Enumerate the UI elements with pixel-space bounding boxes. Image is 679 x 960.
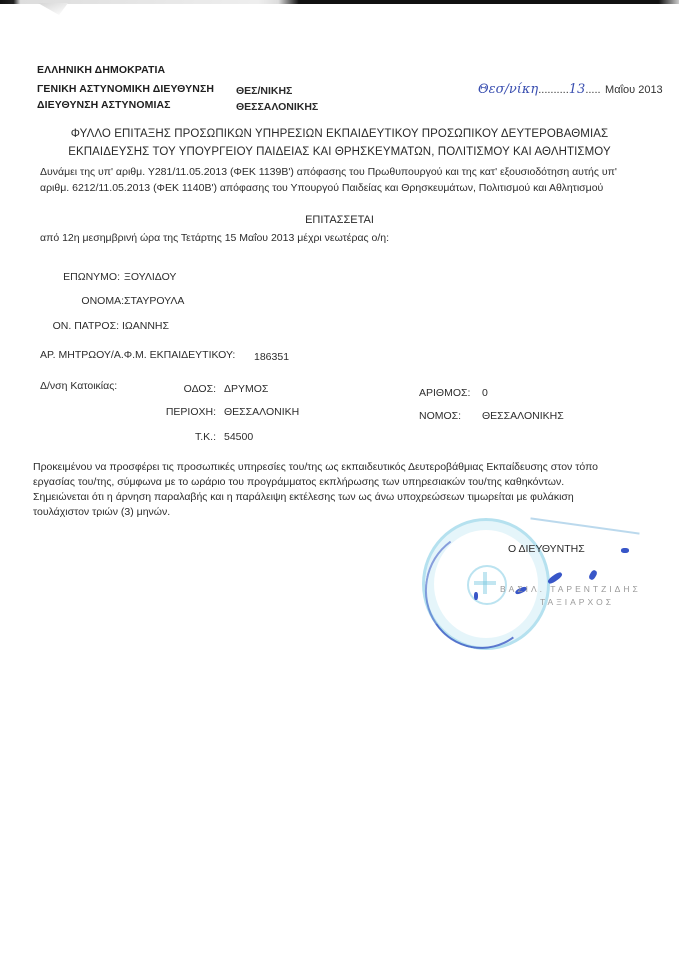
- director-title: Ο ΔΙΕΥΘΥΝΤΗΣ: [508, 543, 585, 555]
- header-police-general: ΓΕΝΙΚΗ ΑΣΤΥΝΟΜΙΚΗ ΔΙΕΥΘΥΝΣΗ: [37, 83, 214, 95]
- street-value: ΔΡΥΜΟΣ: [224, 383, 268, 395]
- father-name-label: ΟΝ. ΠΑΤΡΟΣ:: [30, 320, 119, 332]
- document-title-line1: ΦΥΛΛΟ ΕΠΙΤΑΞΗΣ ΠΡΟΣΩΠΙΚΩΝ ΥΠΗΡΕΣΙΩΝ ΕΚΠΑ…: [0, 128, 679, 140]
- date-handwritten-place: Θεσ/νίκη: [478, 82, 538, 97]
- father-name-value: ΙΩΑΝΝΗΣ: [122, 320, 169, 332]
- order-text: από 12η μεσημβρινή ώρα της Τετάρτης 15 Μ…: [40, 230, 389, 246]
- postal-code-label: Τ.Κ.:: [160, 431, 216, 443]
- signature-stroke: [474, 592, 478, 600]
- preamble-line2: αριθμ. 6212/11.05.2013 (ΦΕΚ 1140Β') απόφ…: [40, 180, 603, 196]
- street-label: ΟΔΟΣ:: [160, 383, 216, 395]
- date-handwritten-day: 13: [569, 82, 586, 97]
- date-line: Θεσ/νίκη..........13..... Μαΐου 2013: [478, 80, 663, 98]
- preamble-line1: Δυνάμει της υπ' αριθμ. Υ281/11.05.2013 (…: [40, 164, 617, 180]
- surname-label: ΕΠΩΝΥΜΟ:: [30, 271, 120, 283]
- order-heading: ΕΠΙΤΑΣΣΕΤΑΙ: [0, 214, 679, 226]
- area-label: ΠΕΡΙΟΧΗ:: [150, 406, 216, 418]
- body-line1: Προκειμένου να προσφέρει τις προσωπικές …: [33, 459, 598, 475]
- date-month-year: Μαΐου 2013: [605, 84, 663, 96]
- prefecture-label: ΝΟΜΟΣ:: [419, 410, 461, 422]
- address-section-label: Δ/νση Κατοικίας:: [40, 380, 117, 392]
- scan-fold-mark: [38, 3, 68, 15]
- signer-rank: ΤΑΞΙΑΡΧΟΣ: [540, 597, 614, 607]
- document-title-line2: ΕΚΠΑΙΔΕΥΣΗΣ ΤΟΥ ΥΠΟΥΡΓΕΙΟΥ ΠΑΙΔΕΙΑΣ ΚΑΙ …: [0, 146, 679, 158]
- header-city-full: ΘΕΣΣΑΛΟΝΙΚΗΣ: [236, 101, 318, 113]
- surname-value: ΞΟΥΛΙΔΟΥ: [124, 271, 176, 283]
- body-line3: Σημειώνεται ότι η άρνηση παραλαβής και η…: [33, 489, 574, 505]
- area-value: ΘΕΣΣΑΛΟΝΙΚΗ: [224, 406, 299, 418]
- street-number-label: ΑΡΙΘΜΟΣ:: [419, 387, 470, 399]
- signer-name: ΒΑΣΙΛ. ΤΑΡΕΝΤΖΙΔΗΣ: [500, 584, 641, 594]
- header-city-abbr: ΘΕΣ/ΝΙΚΗΣ: [236, 85, 292, 97]
- date-dots-1: ..........: [538, 84, 569, 96]
- body-line2: εργασίας του/της, σύμφωνα με το ωράριο τ…: [33, 474, 564, 490]
- header-republic: ΕΛΛΗΝΙΚΗ ΔΗΜΟΚΡΑΤΙΑ: [37, 64, 165, 76]
- header-police-directorate: ΔΙΕΥΘΥΝΣΗ ΑΣΤΥΝΟΜΙΑΣ: [37, 99, 171, 111]
- postal-code-value: 54500: [224, 431, 253, 443]
- prefecture-value: ΘΕΣΣΑΛΟΝΙΚΗΣ: [482, 410, 564, 422]
- signature-stroke: [588, 569, 598, 581]
- signature-flourish: [530, 517, 639, 534]
- date-dots-2: .....: [585, 84, 600, 96]
- scan-top-edge: [0, 0, 679, 4]
- signature-stroke: [621, 548, 629, 553]
- body-line4: τουλάχιστον τριών (3) μηνών.: [33, 504, 170, 520]
- registry-label: ΑΡ. ΜΗΤΡΩΟΥ/Α.Φ.Μ. ΕΚΠΑΙΔΕΥΤΙΚΟΥ:: [40, 349, 235, 361]
- registry-value: 186351: [254, 351, 289, 363]
- name-value: ΣΤΑΥΡΟΥΛΑ: [124, 295, 184, 307]
- street-number-value: 0: [482, 387, 488, 399]
- name-label: ΟΝΟΜΑ:: [30, 295, 124, 307]
